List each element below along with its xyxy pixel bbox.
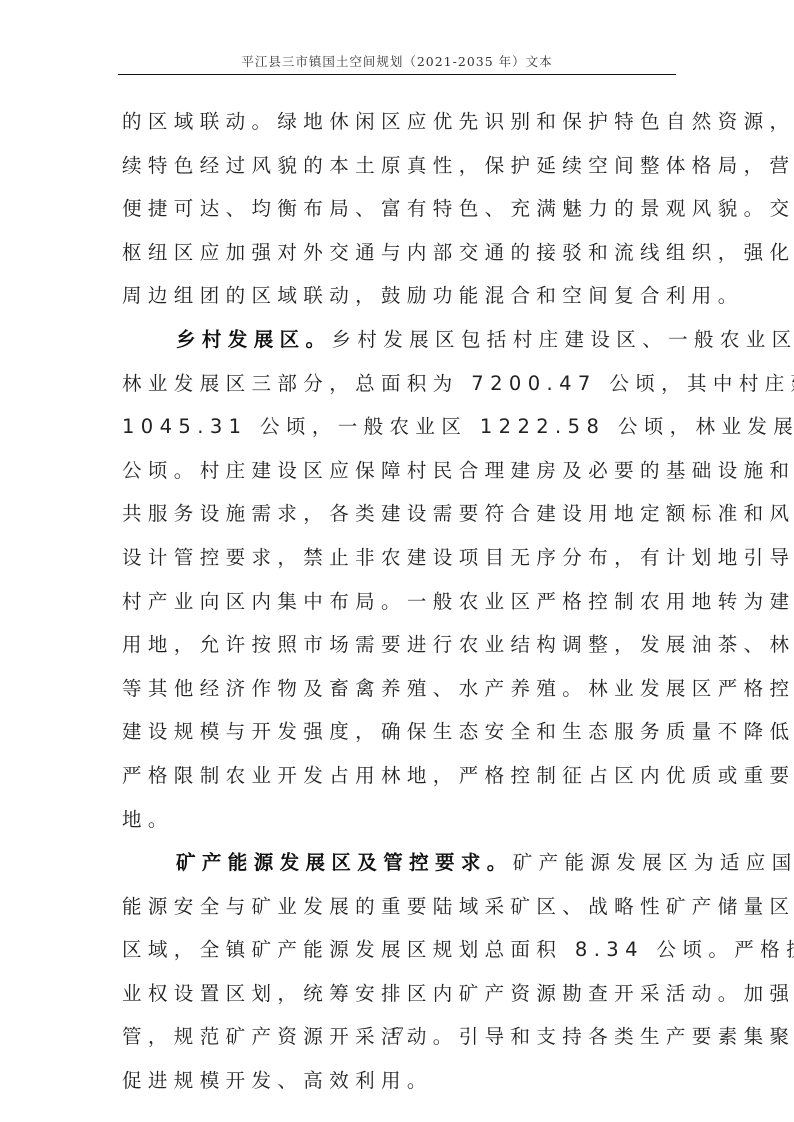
section-lead-mineral-energy: 矿产能源发展区及管控要求。 [176, 851, 513, 874]
text-line: 林业发展区三部分，总面积为 7200.47 公顷，其中村庄建设区 [122, 362, 668, 406]
text-line: 建设规模与开发强度，确保生态安全和生态服务质量不降低。 [122, 710, 668, 754]
text-line: 能源安全与矿业发展的重要陆域采矿区、战略性矿产储量区等 [122, 885, 668, 929]
document-body: 的区域联动。绿地休闲区应优先识别和保护特色自然资源，延 续特色经过风貌的本土原真… [122, 100, 668, 1103]
paragraph-rural-development: 乡村发展区。乡村发展区包括村庄建设区、一般农业区、 林业发展区三部分，总面积为 … [122, 318, 668, 841]
text-line: 村产业向区内集中布局。一般农业区严格控制农用地转为建设 [122, 580, 668, 624]
text-fragment: 矿产能源发展区为适应国家 [513, 851, 794, 874]
page-number: 17 [0, 1024, 794, 1040]
text-line: 严格限制农业开发占用林地，严格控制征占区内优质或重要林 [122, 754, 668, 798]
text-line: 地。 [122, 798, 668, 842]
text-line: 周边组团的区域联动，鼓励功能混合和空间复合利用。 [122, 274, 668, 318]
text-line: 1045.31 公顷，一般农业区 1222.58 公顷，林业发展 4932.58 [122, 405, 668, 449]
text-line: 区域，全镇矿产能源发展区规划总面积 8.34 公顷。严格执行矿 [122, 928, 668, 972]
text-line: 枢纽区应加强对外交通与内部交通的接驳和流线组织，强化与 [122, 231, 668, 275]
text-line: 设计管控要求，禁止非农建设项目无序分布，有计划地引导乡 [122, 536, 668, 580]
header-divider [118, 74, 676, 75]
text-line: 矿产能源发展区及管控要求。矿产能源发展区为适应国家 [122, 841, 668, 885]
text-line: 共服务设施需求，各类建设需要符合建设用地定额标准和风貌 [122, 492, 668, 536]
text-line: 用地，允许按照市场需要进行农业结构调整，发展油茶、林果 [122, 623, 668, 667]
text-line: 业权设置区划，统筹安排区内矿产资源勘查开采活动。加强监 [122, 972, 668, 1016]
text-line: 促进规模开发、高效利用。 [122, 1059, 668, 1103]
text-line: 乡村发展区。乡村发展区包括村庄建设区、一般农业区、 [122, 318, 668, 362]
text-line: 等其他经济作物及畜禽养殖、水产养殖。林业发展区严格控制 [122, 667, 668, 711]
paragraph-continuation: 的区域联动。绿地休闲区应优先识别和保护特色自然资源，延 续特色经过风貌的本土原真… [122, 100, 668, 318]
section-lead-rural-development: 乡村发展区。 [176, 328, 331, 351]
text-line: 公顷。村庄建设区应保障村民合理建房及必要的基础设施和公 [122, 449, 668, 493]
text-line: 便捷可达、均衡布局、富有特色、充满魅力的景观风貌。交通 [122, 187, 668, 231]
text-line: 续特色经过风貌的本土原真性，保护延续空间整体格局，营造 [122, 144, 668, 188]
paragraph-mineral-energy: 矿产能源发展区及管控要求。矿产能源发展区为适应国家 能源安全与矿业发展的重要陆域… [122, 841, 668, 1103]
text-line: 的区域联动。绿地休闲区应优先识别和保护特色自然资源，延 [122, 100, 668, 144]
text-fragment: 乡村发展区包括村庄建设区、一般农业区、 [331, 328, 794, 351]
running-header: 平江县三市镇国土空间规划（2021-2035 年）文本 [118, 52, 676, 74]
